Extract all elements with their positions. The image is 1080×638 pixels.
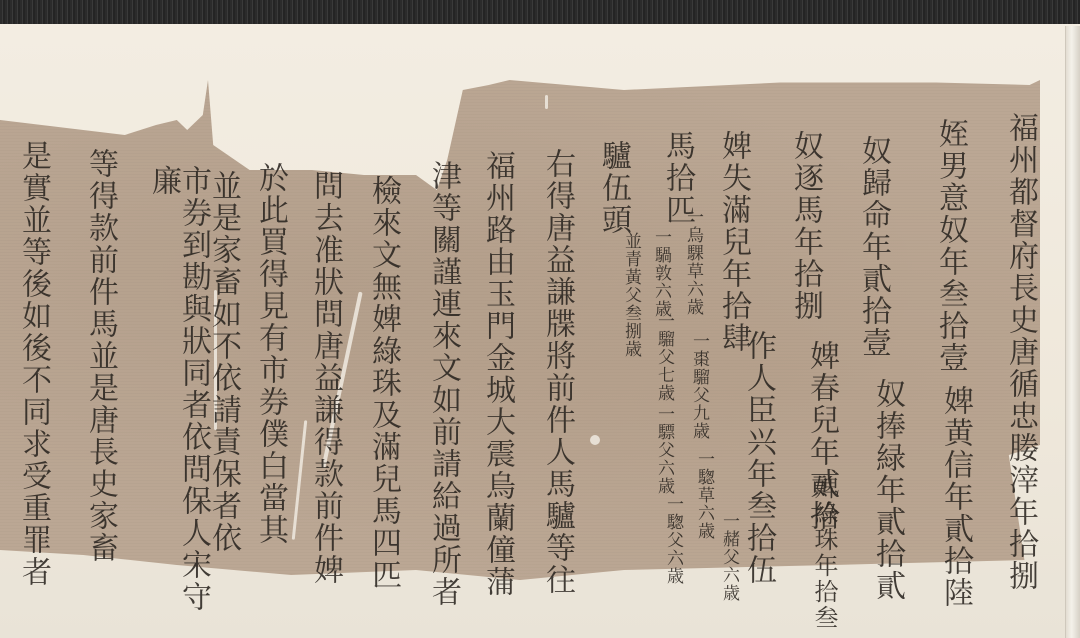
manuscript-column: 是實並等後如後不同求受重罪者 [18, 140, 48, 588]
manuscript-column: 驢伍頭 [598, 140, 628, 236]
paper-hole [545, 95, 548, 109]
manuscript-column: 婢黄信年貳拾陸 [940, 385, 970, 609]
horse-entry: 一棗騮父九歳 [690, 332, 707, 440]
horse-entry: 一騘草六歳 [695, 450, 712, 540]
horse-entry: 一烏騍草六歳 [684, 208, 701, 316]
manuscript-column: 並是家畜如不依請責保者依 [208, 170, 238, 554]
manuscript-column: 津等關謹連來文如前請給過所者 [428, 160, 458, 608]
manuscript-column: 於此買得見有市券僕白當其 [255, 162, 285, 546]
manuscript-column: 婢綠珠年拾叁 [812, 475, 836, 631]
horse-entry: 一騮父七歳 [655, 312, 672, 402]
horse-entry: 一騧敦六歳 [652, 228, 669, 318]
manuscript-column: 市券到勘與狀同者依問保人宋守廉 [148, 165, 208, 638]
manuscript-column: 作人臣兴年叁拾伍 [743, 330, 773, 586]
horse-entry: 一騘父六歳 [664, 495, 681, 585]
manuscript-column: 等得款前件馬並是唐長史家畜 [85, 148, 115, 564]
manuscript-column: 福州路由玉門金城大震烏蘭僮蒲 [482, 150, 512, 598]
horse-entry: 一赭父六歳 [720, 512, 737, 602]
manuscript-column: 檢來文無婢綠珠及滿兒馬四匹 [368, 175, 398, 591]
donkey-entry: 並青黃父叁捌歳 [622, 232, 639, 358]
manuscript-column: 右得唐益謙牒將前件人馬驢等往 [542, 148, 572, 596]
paper-hole [590, 435, 600, 445]
manuscript-column: 奴逐馬年拾捌 [790, 130, 820, 322]
manuscript-column: 姪男意奴年叁拾壹 [935, 118, 965, 374]
scroll-roller-edge [1065, 26, 1080, 638]
manuscript-column: 奴歸命年貳拾壹 [858, 135, 888, 359]
manuscript-column: 福州都督府長史唐循忠媵滓年拾捌 [1005, 112, 1035, 592]
horse-entry: 一驃父六歳 [655, 405, 672, 495]
manuscript-column: 奴捧緑年貳拾貳 [872, 378, 902, 602]
manuscript-column: 婢失滿兒年拾肆 [718, 130, 748, 354]
manuscript-column: 問去准狀問唐益謙得款前件婢 [310, 170, 340, 586]
